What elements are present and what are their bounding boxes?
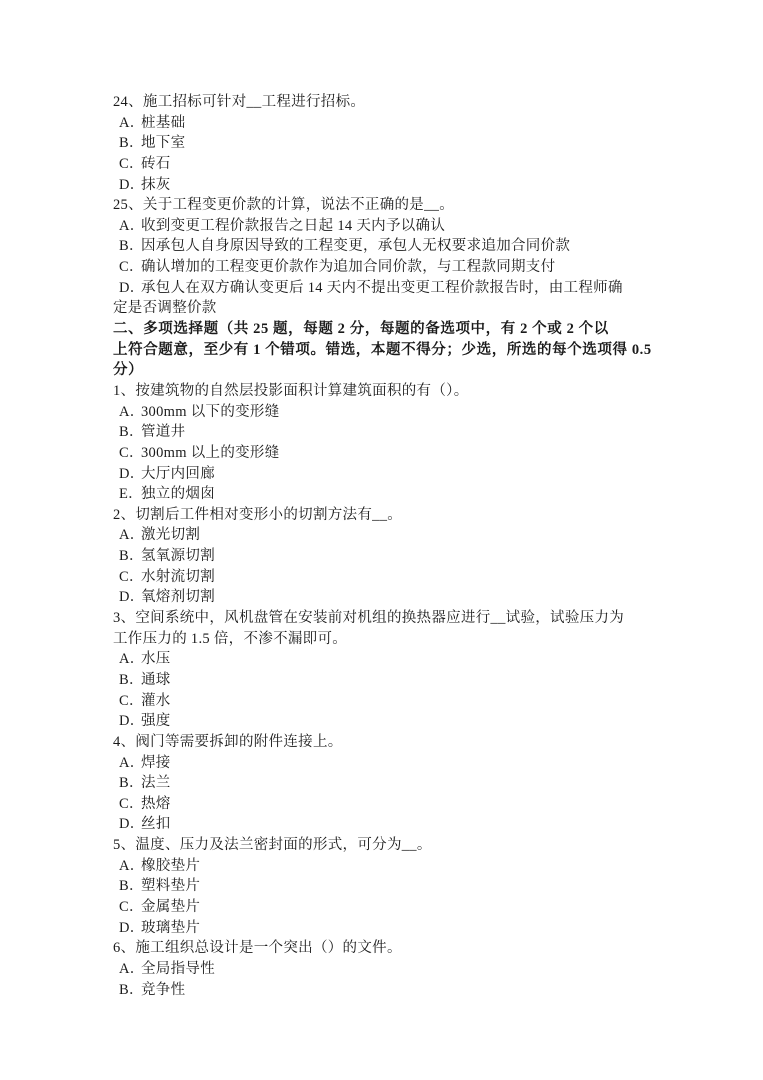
- option-label: A．: [119, 959, 141, 980]
- option-text: 氧熔剂切割: [141, 589, 215, 605]
- option-b: B．管道井: [113, 422, 673, 443]
- option-label: D．: [119, 278, 141, 299]
- option-a: A．焊接: [113, 753, 673, 774]
- option-label: C．: [119, 794, 141, 815]
- option-text: 地下室: [141, 135, 185, 151]
- option-c: C．300mm 以上的变形缝: [113, 443, 673, 464]
- option-text: 水射流切割: [141, 569, 215, 585]
- option-label: A．: [119, 216, 141, 237]
- option-a: A．橡胶垫片: [113, 856, 673, 877]
- option-text: 强度: [141, 713, 171, 729]
- option-d-continuation: 定是否调整价款: [113, 298, 673, 319]
- option-text: 300mm 以下的变形缝: [141, 404, 280, 420]
- question-2: 2、切割后工件相对变形小的切割方法有__。: [113, 505, 673, 526]
- question-4: 4、阀门等需要拆卸的附件连接上。: [113, 732, 673, 753]
- option-label: D．: [119, 464, 141, 485]
- option-c: C．热熔: [113, 794, 673, 815]
- option-text: 水压: [141, 651, 171, 667]
- option-text: 因承包人自身原因导致的工程变更，承包人无权要求追加合同价款: [141, 238, 570, 254]
- option-a: A．桩基础: [113, 113, 673, 134]
- question-text: 阀门等需要拆卸的附件连接上。: [135, 734, 342, 750]
- option-d: D．抹灰: [113, 175, 673, 196]
- option-a: A．激光切割: [113, 525, 673, 546]
- option-label: A．: [119, 525, 141, 546]
- question-3-continuation: 工作压力的 1.5 倍，不渗不漏即可。: [113, 629, 673, 650]
- section-heading-line-2: 上符合题意，至少有 1 个错项。错选，本题不得分；少选，所选的每个选项得 0.5: [113, 340, 673, 361]
- option-label: D．: [119, 711, 141, 732]
- question-1: 1、按建筑物的自然层投影面积计算建筑面积的有（）。: [113, 381, 673, 402]
- option-label: D．: [119, 814, 141, 835]
- option-label: A．: [119, 113, 141, 134]
- option-label: C．: [119, 567, 141, 588]
- question-3: 3、空间系统中，风机盘管在安装前对机组的换热器应进行__试验，试验压力为: [113, 608, 673, 629]
- option-label: D．: [119, 587, 141, 608]
- option-text: 金属垫片: [141, 899, 200, 915]
- option-b: B．地下室: [113, 133, 673, 154]
- section-heading-line-3: 分）: [113, 360, 673, 381]
- option-b: B．因承包人自身原因导致的工程变更，承包人无权要求追加合同价款: [113, 236, 673, 257]
- option-text: 桩基础: [141, 115, 185, 131]
- option-text: 玻璃垫片: [141, 920, 200, 936]
- option-text: 丝扣: [141, 816, 171, 832]
- question-text: 关于工程变更价款的计算，说法不正确的是__。: [143, 197, 454, 213]
- option-label: E．: [119, 484, 141, 505]
- option-text: 法兰: [141, 775, 171, 791]
- option-label: C．: [119, 257, 141, 278]
- option-label: A．: [119, 856, 141, 877]
- option-label: B．: [119, 236, 141, 257]
- question-text: 温度、压力及法兰密封面的形式，可分为__。: [135, 837, 431, 853]
- option-a: A．收到变更工程价款报告之日起 14 天内予以确认: [113, 216, 673, 237]
- option-label: A．: [119, 402, 141, 423]
- option-c: C．金属垫片: [113, 897, 673, 918]
- option-d: D．氧熔剂切割: [113, 587, 673, 608]
- option-label: B．: [119, 876, 141, 897]
- question-text: 切割后工件相对变形小的切割方法有__。: [135, 507, 402, 523]
- question-number: 24、: [113, 94, 143, 110]
- option-d: D．玻璃垫片: [113, 918, 673, 939]
- question-number: 25、: [113, 197, 143, 213]
- option-c: C．水射流切割: [113, 567, 673, 588]
- option-b: B．塑料垫片: [113, 876, 673, 897]
- option-label: D．: [119, 918, 141, 939]
- question-text: 施工组织总设计是一个突出（）的文件。: [135, 940, 401, 956]
- option-label: B．: [119, 980, 141, 1001]
- option-text: 300mm 以上的变形缝: [141, 445, 280, 461]
- option-b: B．通球: [113, 670, 673, 691]
- option-text: 氢氧源切割: [141, 548, 215, 564]
- section-heading-line-1: 二、多项选择题（共 25 题，每题 2 分，每题的备选项中，有 2 个或 2 个…: [113, 319, 673, 340]
- option-a: A．300mm 以下的变形缝: [113, 402, 673, 423]
- option-text: 独立的烟囱: [141, 486, 215, 502]
- option-text: 收到变更工程价款报告之日起 14 天内予以确认: [141, 218, 445, 234]
- question-6: 6、施工组织总设计是一个突出（）的文件。: [113, 938, 673, 959]
- option-d: D．承包人在双方确认变更后 14 天内不提出变更工程价款报告时，由工程师确: [113, 278, 673, 299]
- question-24: 24、施工招标可针对__工程进行招标。: [113, 92, 673, 113]
- question-number: 6、: [113, 940, 135, 956]
- question-number: 4、: [113, 734, 135, 750]
- option-label: C．: [119, 154, 141, 175]
- option-c: C．确认增加的工程变更价款作为追加合同价款，与工程款同期支付: [113, 257, 673, 278]
- option-text: 焊接: [141, 755, 171, 771]
- option-d: D．大厅内回廊: [113, 464, 673, 485]
- option-text: 确认增加的工程变更价款作为追加合同价款，与工程款同期支付: [141, 259, 555, 275]
- option-text: 通球: [141, 672, 171, 688]
- option-c: C．灌水: [113, 691, 673, 712]
- option-text: 激光切割: [141, 527, 200, 543]
- option-e: E．独立的烟囱: [113, 484, 673, 505]
- option-text: 承包人在双方确认变更后 14 天内不提出变更工程价款报告时，由工程师确: [141, 280, 623, 296]
- option-label: C．: [119, 897, 141, 918]
- question-number: 5、: [113, 837, 135, 853]
- option-a: A．全局指导性: [113, 959, 673, 980]
- option-text: 橡胶垫片: [141, 858, 200, 874]
- option-c: C．砖石: [113, 154, 673, 175]
- question-number: 2、: [113, 507, 135, 523]
- option-label: B．: [119, 422, 141, 443]
- option-label: A．: [119, 649, 141, 670]
- option-label: C．: [119, 443, 141, 464]
- option-label: B．: [119, 773, 141, 794]
- question-text: 按建筑物的自然层投影面积计算建筑面积的有（）。: [135, 383, 468, 399]
- option-text: 塑料垫片: [141, 878, 200, 894]
- option-text: 抹灰: [141, 177, 171, 193]
- option-b: B．竞争性: [113, 980, 673, 1001]
- option-label: B．: [119, 670, 141, 691]
- option-text: 热熔: [141, 796, 171, 812]
- option-b: B．法兰: [113, 773, 673, 794]
- option-text: 砖石: [141, 156, 171, 172]
- option-text: 大厅内回廊: [141, 466, 215, 482]
- option-label: C．: [119, 691, 141, 712]
- option-label: B．: [119, 133, 141, 154]
- question-number: 3、: [113, 610, 135, 626]
- option-b: B．氢氧源切割: [113, 546, 673, 567]
- option-label: A．: [119, 753, 141, 774]
- option-label: B．: [119, 546, 141, 567]
- question-text: 施工招标可针对__工程进行招标。: [143, 94, 365, 110]
- option-text: 竞争性: [141, 982, 185, 998]
- question-25: 25、关于工程变更价款的计算，说法不正确的是__。: [113, 195, 673, 216]
- option-d: D．丝扣: [113, 814, 673, 835]
- option-text: 全局指导性: [141, 961, 215, 977]
- option-label: D．: [119, 175, 141, 196]
- option-text: 灌水: [141, 693, 171, 709]
- question-number: 1、: [113, 383, 135, 399]
- question-5: 5、温度、压力及法兰密封面的形式，可分为__。: [113, 835, 673, 856]
- option-d: D．强度: [113, 711, 673, 732]
- option-a: A．水压: [113, 649, 673, 670]
- question-text: 空间系统中，风机盘管在安装前对机组的换热器应进行__试验，试验压力为: [135, 610, 624, 626]
- option-text: 管道井: [141, 424, 185, 440]
- document-page: 24、施工招标可针对__工程进行招标。 A．桩基础 B．地下室 C．砖石 D．抹…: [113, 92, 673, 1000]
